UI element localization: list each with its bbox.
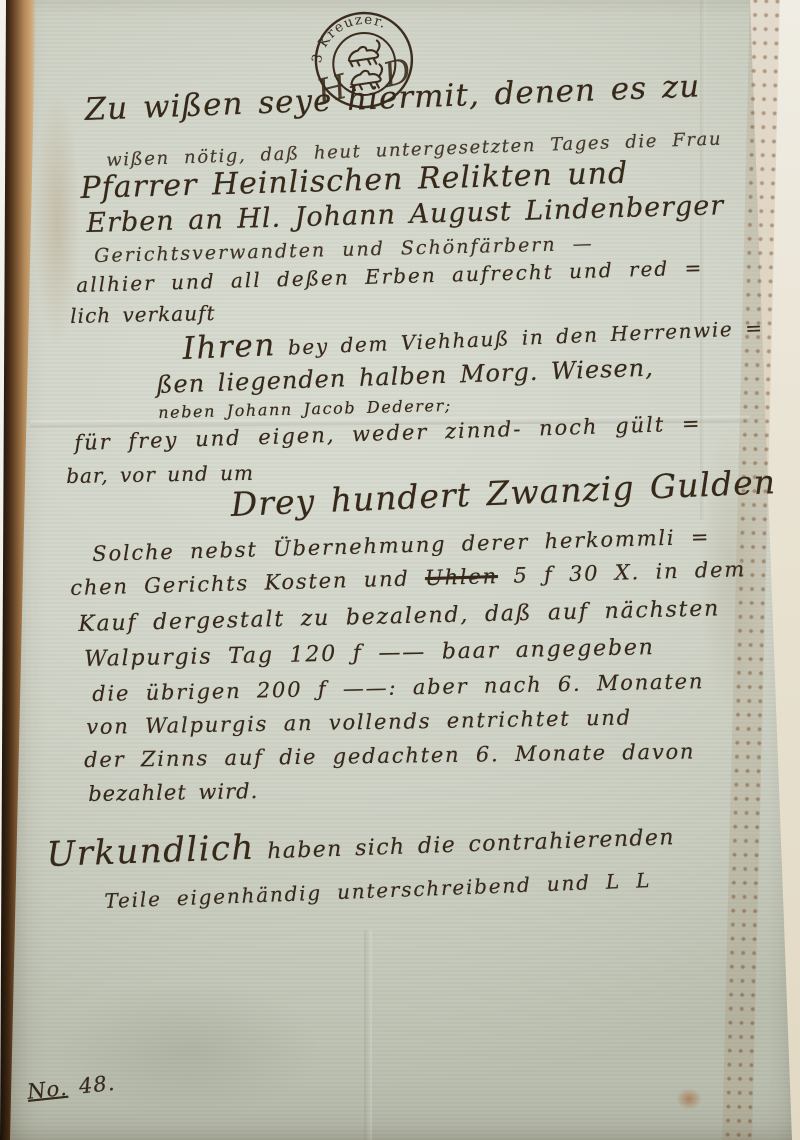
page-number-value: 48.: [66, 1071, 116, 1100]
manuscript-line-21: bezahlet wird.: [88, 779, 258, 806]
manuscript-photo: 3 Kreuzer. H D Zu wißen seye hiermit, de…: [0, 0, 800, 1140]
line-15-struck-word: Uhlen: [425, 564, 499, 590]
page-number-no: No.: [26, 1076, 69, 1104]
manuscript-line-7: lich verkauft: [70, 301, 216, 328]
line-8-initial-word: Ihren: [182, 327, 277, 367]
manuscript-line-12: bar, vor und um: [66, 461, 254, 488]
line-22-initial-word: Urkundlich: [46, 828, 255, 875]
